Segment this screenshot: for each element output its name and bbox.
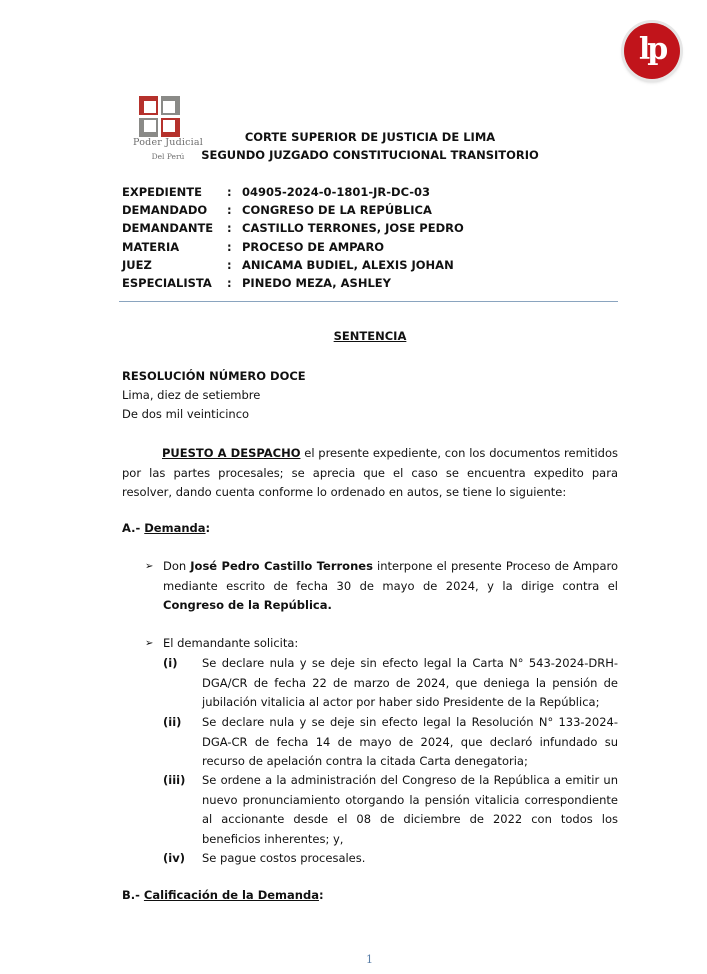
- petition-item: (ii) Se declare nula y se deje sin efect…: [163, 713, 618, 772]
- case-info-value: 04905-2024-0-1801-JR-DC-03: [242, 185, 430, 199]
- petition-text: Se declare nula y se deje sin efecto leg…: [202, 713, 618, 772]
- case-info-value: CASTILLO TERRONES, JOSE PEDRO: [242, 221, 464, 235]
- case-info-row: DEMANDADO:CONGRESO DE LA REPÚBLICA: [122, 201, 464, 219]
- petition-number: (i): [163, 654, 177, 674]
- lp-logo-badge: lp: [624, 23, 680, 79]
- petition-item: (iii) Se ordene a la administración del …: [163, 771, 618, 849]
- document-page: lp Poder Judicial Del Perú CORTE SUPERIO…: [0, 0, 707, 974]
- poder-judicial-logo: Poder Judicial Del Perú: [128, 92, 208, 172]
- arrowhead-bullet-icon: ➢: [145, 634, 153, 654]
- case-info-label: DEMANDANTE: [122, 219, 227, 237]
- section-a-title: Demanda: [144, 521, 205, 535]
- case-info-row: MATERIA:PROCESO DE AMPARO: [122, 238, 464, 256]
- petition-number: (iii): [163, 771, 185, 791]
- case-info-label: ESPECIALISTA: [122, 274, 227, 292]
- resolution-block: RESOLUCIÓN NÚMERO DOCE Lima, diez de set…: [122, 367, 306, 424]
- case-info-row: DEMANDANTE:CASTILLO TERRONES, JOSE PEDRO: [122, 219, 464, 237]
- case-info-row: EXPEDIENTE:04905-2024-0-1801-JR-DC-03: [122, 183, 464, 201]
- list-item: ➢ El demandante solicita:: [145, 634, 618, 654]
- case-info-label: DEMANDADO: [122, 201, 227, 219]
- petition-number: (ii): [163, 713, 181, 733]
- intro-paragraph: PUESTO A DESPACHO el presente expediente…: [122, 444, 618, 503]
- logo-text-line2: Del Perú: [128, 152, 208, 161]
- petition-item: (i) Se declare nula y se deje sin efecto…: [163, 654, 618, 713]
- intro-lead: PUESTO A DESPACHO: [122, 446, 300, 460]
- case-info-value: PROCESO DE AMPARO: [242, 240, 384, 254]
- section-b-heading: B.- Calificación de la Demanda:: [122, 888, 324, 902]
- logo-text-line1: Poder Judicial: [128, 137, 208, 148]
- case-info-row: JUEZ:ANICAMA BUDIEL, ALEXIS JOHAN: [122, 256, 464, 274]
- page-number: 1: [366, 953, 373, 966]
- case-info-label: MATERIA: [122, 238, 227, 256]
- case-info-label: EXPEDIENTE: [122, 183, 227, 201]
- petition-item: (iv) Se pague costos procesales.: [163, 849, 618, 869]
- lp-logo-text: lp: [639, 35, 665, 65]
- poder-judicial-emblem-icon: [139, 96, 181, 138]
- case-info-label: JUEZ: [122, 256, 227, 274]
- court-division: SEGUNDO JUZGADO CONSTITUCIONAL TRANSITOR…: [200, 146, 540, 164]
- court-name: CORTE SUPERIOR DE JUSTICIA DE LIMA: [200, 128, 540, 146]
- case-info-value: CONGRESO DE LA REPÚBLICA: [242, 203, 432, 217]
- resolution-date-line1: Lima, diez de setiembre: [122, 386, 306, 405]
- petition-number: (iv): [163, 849, 185, 869]
- document-title: SENTENCIA: [0, 329, 707, 343]
- case-info-row: ESPECIALISTA:PINEDO MEZA, ASHLEY: [122, 274, 464, 292]
- resolution-heading: RESOLUCIÓN NÚMERO DOCE: [122, 367, 306, 386]
- petition-text: Se pague costos procesales.: [202, 849, 618, 869]
- case-info-table: EXPEDIENTE:04905-2024-0-1801-JR-DC-03 DE…: [122, 183, 464, 292]
- court-header: CORTE SUPERIOR DE JUSTICIA DE LIMA SEGUN…: [200, 128, 540, 164]
- arrowhead-bullet-icon: ➢: [145, 557, 153, 577]
- section-b-title: Calificación de la Demanda: [144, 888, 319, 902]
- case-info-value: ANICAMA BUDIEL, ALEXIS JOHAN: [242, 258, 454, 272]
- section-a-heading: A.- Demanda:: [122, 521, 210, 535]
- defendant-name: Congreso de la República.: [163, 598, 332, 612]
- plaintiff-name: José Pedro Castillo Terrones: [190, 559, 373, 573]
- petition-text: Se ordene a la administración del Congre…: [202, 771, 618, 849]
- header-divider: [119, 301, 618, 302]
- petition-text: Se declare nula y se deje sin efecto leg…: [202, 654, 618, 713]
- list-item: ➢ Don José Pedro Castillo Terrones inter…: [145, 557, 618, 616]
- case-info-value: PINEDO MEZA, ASHLEY: [242, 276, 391, 290]
- resolution-date-line2: De dos mil veinticinco: [122, 405, 306, 424]
